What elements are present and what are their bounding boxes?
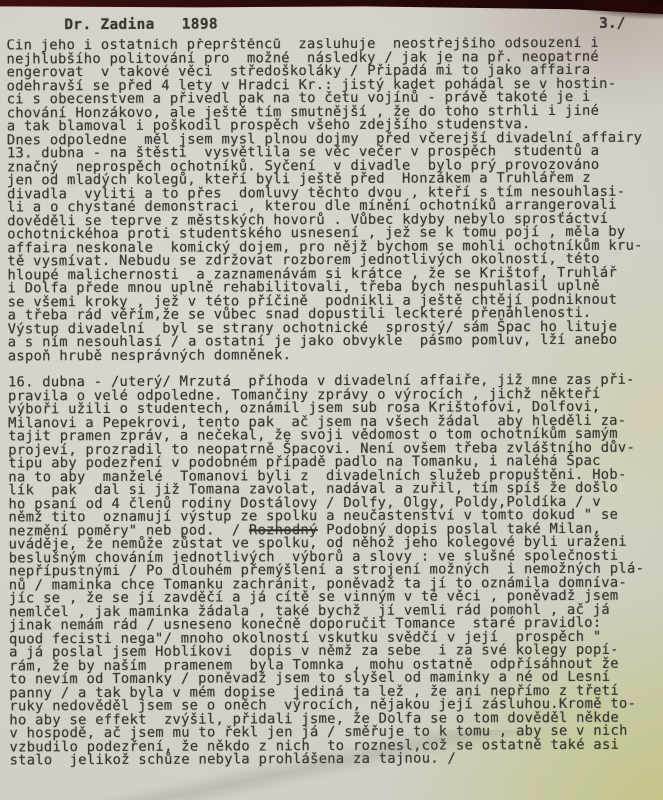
- text-line: aspoň hrubě nesprávných domněnek.: [8, 347, 661, 363]
- document-page: Dr. Zadina 1898 3./ Čin jeho i ostatních…: [0, 0, 663, 800]
- paragraph-diary-entry-16-april: 16. dubna - /uterý/ Mrzutá příhoda v div…: [8, 374, 663, 768]
- typewritten-text: Čin jeho i ostatních přeprštěnců zasluhu…: [6, 37, 662, 768]
- document-photo: Dr. Zadina 1898 3./ Čin jeho i ostatních…: [0, 0, 663, 800]
- text-line: stalo jelikož schůze nebyla prohlášena z…: [10, 752, 663, 768]
- paragraph-diary-entry-13-april: Čin jeho i ostatních přeprštěnců zasluhu…: [6, 37, 660, 364]
- page-number: 3./: [599, 16, 625, 32]
- author-year-heading: Dr. Zadina 1898: [64, 16, 218, 33]
